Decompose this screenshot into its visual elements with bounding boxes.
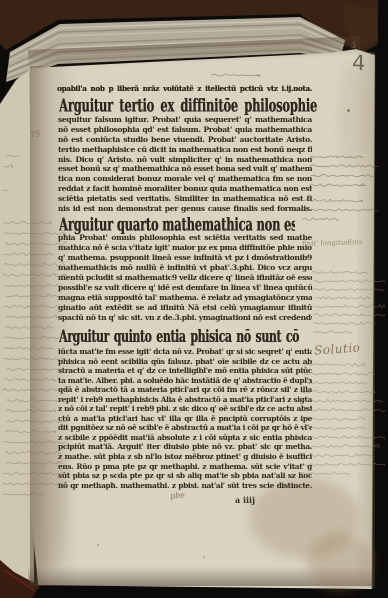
text-line: tertio methaphisice cū dicit in mathemat…	[58, 145, 312, 155]
marginal-note-right-1	[309, 152, 379, 190]
text-line: reddat z facit hominē moraliter bonuz qu…	[58, 184, 312, 194]
text-line: z scibile z ppōēdit mat'iā absolute z i …	[58, 433, 312, 443]
text-line: nis. Dico q' Aristo. nō vult simpliciter…	[58, 155, 312, 165]
text-line: ta mat'ie. Alber. pbi. a soluēdo hāc ins…	[58, 376, 312, 386]
text-line: stractū a materia et q' dz ce intelligib…	[58, 366, 312, 376]
signature-mark: a iiij	[235, 495, 255, 505]
text-line: ens. Rūo p pma pte pz qr methaphi. z mat…	[58, 462, 312, 472]
paragraph-quinto: iūcta mat'ie fm esse igit' dcta nō vz. P…	[58, 347, 312, 490]
below-text-annotation: pbe	[170, 490, 186, 501]
text-line: spaciū nō tn q' sic sit. vn z de.3.pbi. …	[58, 313, 312, 323]
text-line: iūcta mat'ie fm esse igit' dcta nō vz. P…	[58, 347, 312, 357]
text-line: q' mathema. psupponit lineā esse infinit…	[58, 253, 312, 263]
text-line: magna etiā suppositō tal' mathema. ē rel…	[58, 293, 312, 303]
text-line: qdā ē abstractō tā a materia pticl'ari q…	[58, 385, 312, 395]
marginal-note-right-solutio-body	[299, 360, 385, 478]
text-line: pħia Probat' omnis philosophia est sciēt…	[58, 233, 312, 243]
section-heading-quinto: Arguitur quinto entia phisica nō sunt cō	[59, 327, 299, 347]
gutter-mark-2	[2, 180, 14, 189]
page-stain	[308, 533, 372, 591]
marginal-note-right-2	[302, 196, 380, 224]
text-line: sequitur falsum igitur. Probat' quia seq…	[58, 115, 312, 125]
text-line: mathemathicis mō nullū ē infinitū vt pba…	[58, 263, 312, 273]
text-line: possibl'e sz vult dicere q' idē est demf…	[58, 283, 312, 293]
text-line: nō esset philosophia qd' est falsum. Pro…	[58, 125, 312, 135]
text-line: ctū a mat'ia pticl'ari hac vl' illa qr i…	[58, 414, 312, 424]
text-line: pcipiūt mat'iā. Arguit' iter diuisio pbi…	[58, 442, 312, 452]
text-line: sciētia pietatis sed veritatis. Similite…	[58, 194, 312, 204]
intro-line: opabil'a nob p liberā nrāz volūtatē z it…	[57, 84, 312, 93]
text-line: nō qr methapħ. mathemathi. z pbisi. nat'…	[58, 481, 312, 491]
text-line: esset bonū sz q' mathemathica nō esset b…	[58, 164, 312, 174]
text-line: tica non considerat bonuz morale vel q' …	[58, 174, 312, 184]
text-line: repit' i reb9 methaphisicis Alia ē abstr…	[58, 395, 312, 405]
text-line: dit pgnitōez sz nō oē scibl'e ē abstract…	[58, 423, 312, 433]
text-line: ginatio aūt extēdit se ad ifinitū Nā ets…	[58, 303, 312, 313]
folio-top-mark: 3	[351, 41, 356, 50]
folio-number: 4	[352, 51, 366, 75]
section-heading-quarto: Arguitur quarto mathemathica non est	[59, 214, 295, 235]
marginal-note-right-3	[311, 268, 385, 336]
text-line: phisica nō eent scibilia qūs falsuz. pba…	[58, 357, 312, 367]
text-line: z nō cōi z tal' repit' i reb9 pbi. z sic…	[58, 404, 312, 414]
text-line: mathica nō ē scia v'itatz igit' maior pz…	[58, 243, 312, 253]
text-line: z mathe. sūt pbia z sb nl'lo istoz mēbro…	[58, 452, 312, 462]
book-photo: opabil'a nob p liberā nrāz volūtatē z it…	[0, 0, 388, 598]
margin-numeral: 75	[29, 129, 41, 140]
text-line: mentū pcludit si mathematic9 vellz dicer…	[58, 273, 312, 283]
marginal-note-right-3-lead	[293, 276, 308, 284]
interlinear-scrawl	[210, 65, 308, 74]
paragraph-quarto: pħia Probat' omnis philosophia est sciēt…	[58, 233, 312, 323]
text-line: sūt pbia sz p scda pte pz qr si sb aliq …	[58, 471, 312, 481]
foxing-dot	[347, 109, 350, 112]
text-line: nō est coniūcta studio bene viuendi. Pro…	[58, 135, 312, 145]
paragraph-tertio: sequitur falsum igitur. Probat' quia seq…	[58, 115, 312, 214]
gutter-mark-1	[3, 150, 19, 172]
section-heading-tertio: Arguitur tertio ex diffinitōe philosophi…	[59, 95, 317, 116]
marginal-note-left-block	[3, 218, 67, 500]
foxing-dot	[97, 544, 99, 546]
text-line: nis id est non demonstrat per genus caus…	[58, 204, 312, 214]
foxing-dot	[203, 556, 205, 558]
